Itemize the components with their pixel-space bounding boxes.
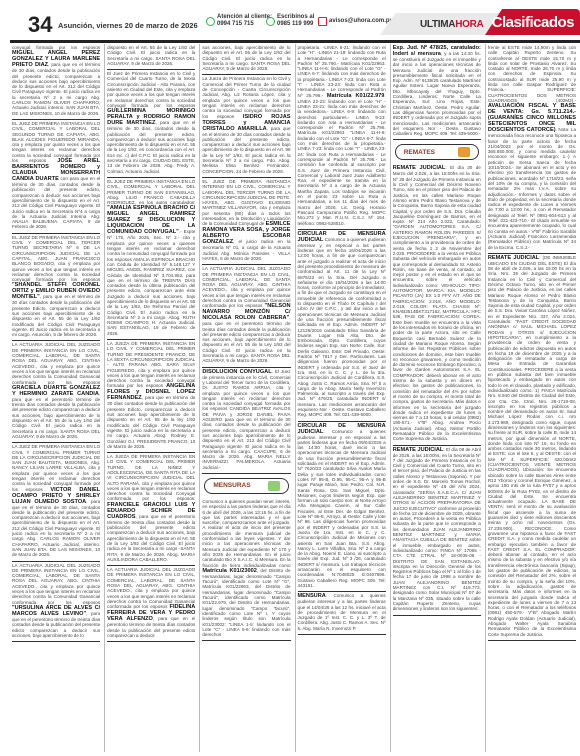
mail-icon <box>318 17 327 26</box>
classified-ad: LA JUEZA DE PRIMERA INSTANCIA EN LO CIVI… <box>107 340 195 453</box>
ad-text: propietaria. -LINEA 6-21: lindando con e… <box>298 45 386 98</box>
map-icon <box>268 481 280 491</box>
ad-text: EL JUEZ DE PRIMERA INSTANCIA EN LO CIVIL… <box>107 179 195 205</box>
classified-ad: EL JUEZ DE PRIMERA INSTANCIA INTERINO EN… <box>202 178 290 265</box>
whatsapp-icon <box>266 17 275 26</box>
ad-text: El Juez de Primera Instancia en lo Civil… <box>107 71 195 108</box>
classified-ad: sus acciones, bajo apercibimiento de lo … <box>202 44 290 75</box>
column-6: frente al ESTE mide 14,90m y linda con c… <box>485 44 576 752</box>
column-5: Exp. Jud. Nº 478/25, caratulado: Indert … <box>390 44 481 752</box>
classified-ad: La Jueza de Primera Instancia en lo Civi… <box>202 75 290 177</box>
customer-service-contact[interactable]: Atención al cliente:0994 715 715 <box>206 14 272 28</box>
column-3: sus acciones, bajo apercibimiento de lo … <box>199 44 290 752</box>
classified-ad: propietaria. -LINEA 6-21: lindando con e… <box>298 44 386 230</box>
ad-text: con para que en el término de 30 días, c… <box>12 176 100 229</box>
ad-text: , para que en el término de 30 días cont… <box>12 294 100 337</box>
ad-text: conyugal formada por los esposos <box>12 45 100 50</box>
ad-text: , para que en término de 30 días contado… <box>107 395 195 448</box>
ad-text: : El día 30 de Marzo del 2.026, a las 15… <box>393 165 481 441</box>
page-header: 34 Asunción, viernes 20 de marzo de 2026… <box>0 0 580 40</box>
classified-ad: Exp. Jud. Nº 478/25, caratulado: Indert … <box>393 44 481 140</box>
classified-ad: Comunico a quienes puedan tener interés,… <box>202 498 290 641</box>
ad-text: , para que en el término de 30 días cont… <box>202 126 290 174</box>
whatsapp-phone-icon <box>206 17 215 26</box>
ad-text: LA JUEZA DE PRIMERA INSTANCIA EN LO CIVI… <box>107 341 195 388</box>
ad-text: LA JUEZA DE PRIMERA INSTANCIA EN LO CIVI… <box>107 454 195 501</box>
ad-text: , del Distrito de Hernandarias, lugar de… <box>202 568 290 637</box>
header-rule <box>10 40 580 43</box>
ad-text: frente al ESTE mide 14,90m y linda con c… <box>488 45 576 103</box>
classified-ad: EL JUEZ DE PRIMERA INSTANCIA EN LO CIVIL… <box>107 178 195 340</box>
classified-ad: El Juez de Primera Instancia en lo Civil… <box>107 70 195 178</box>
classified-ad: MENSURA: Comunico a quienes pudieran int… <box>298 592 386 635</box>
classified-ad: REMATE JUDICIAL: El día 30 de Marzo del … <box>393 164 481 445</box>
classified-ad: CIRCULAR DE MENSURA JUDICIAL Comunico a … <box>298 230 386 422</box>
ad-text: EL JUEZ DE PRIMERA INSTANCIA INTERINO EN… <box>202 179 290 226</box>
ad-text: , para que en el término de 30 días, con… <box>12 499 100 558</box>
ad-text: LA ACTUARIA JUDICIAL DEL JUZGADO DE PRIM… <box>12 342 100 384</box>
classifieds-columns: conyugal formada por los esposos MIGUEL … <box>10 44 576 752</box>
ad-text: : Comunico a quienes pudieran interesar … <box>298 429 386 588</box>
classified-ad: LA JUEZ DE PRIMERA INSTANCIA EN LO CIVIL… <box>12 443 100 561</box>
classified-ad: dispuesto en el Art. 55 de la Ley 1/92 d… <box>107 44 195 70</box>
whatsapp-contact[interactable]: Escribinos al0985 119 999 <box>266 14 314 28</box>
classified-ad: LA ACTUARIA JUDICIAL DEL JUZGADO DE PRIM… <box>12 562 100 643</box>
classified-ad: conyugal formada por los esposos MIGUEL … <box>12 44 100 120</box>
ad-text: , para que en el perentorio término de t… <box>202 315 290 363</box>
classified-ad: LA ACTUARIA JUDICIAL DEL JUZGADO DE PRIM… <box>12 341 100 443</box>
classified-ad: REMATE JUDICIAL: El día 08 de Abril de 2… <box>393 446 481 616</box>
classified-ad: LA JUEZA DE PRIMERA INSTANCIA EN LO CIVI… <box>107 453 195 566</box>
ad-text: Comunico a quienes puedan tener interés,… <box>202 499 290 568</box>
ad-text: , para que en el término de 30 días, con… <box>12 62 100 115</box>
ad-text: dispuesto en el Art. 55 de la Ley 1/92 d… <box>107 45 195 66</box>
section-banner-remates: REMATES <box>395 144 479 160</box>
ad-text: . Nota: La mencionada finca reconoce una… <box>488 127 576 249</box>
brand-logo: ULTIMAHORA <box>420 19 483 30</box>
ad-text: . El Juez de primera instancia en lo Civ… <box>202 369 290 470</box>
classified-ad: REMATE JUDICIAL: (DE INMUEBLE UBICADO EN… <box>488 254 576 641</box>
ad-text: , para que en el perentorio término de t… <box>12 391 100 439</box>
ad-text: : Comunico a quienes pudieran interesar … <box>298 593 386 630</box>
ad-text: Comunico a quienes pudieran interesar y … <box>298 237 386 418</box>
ad-text: LA ACTUARIA JUDICIAL DEL JUZGADO DE PRIM… <box>202 266 290 308</box>
ad-highlight: GRACIELA DUARTE GONZALEZ Y HERMINIO ZARA… <box>12 385 100 397</box>
gavel-icon <box>458 147 470 157</box>
ad-text: , para que en el término de 30 días, con… <box>107 120 195 173</box>
ad-text: LA JUEZ DE PRIMERA INSTANCIA EN LO CIVIL… <box>12 444 100 491</box>
classified-ad: DISOLUCION CONYUGAL. El Juez de primera … <box>202 368 290 474</box>
dateline: Asunción, viernes 20 de marzo de 2026 <box>58 21 198 30</box>
column-4: propietaria. -LINEA 6-21: lindando con e… <box>295 44 386 752</box>
section-title: Clasificados <box>492 14 574 31</box>
section-banner-mensuras: MENSURAS <box>204 478 288 494</box>
ad-text: : El día 08 de Abril de 2026, a las 15:0… <box>393 447 481 612</box>
ad-text: .- Expte Nº 175, Año 2025, Sec. Nº 2.- c… <box>107 229 195 335</box>
ad-text: sus acciones, bajo apercibimiento de lo … <box>202 45 290 71</box>
classified-ad: LA ACTUARIA JUDICIAL DEL JUZGADO DE PRIM… <box>107 566 195 642</box>
ad-text: La Jueza de Primera Instancia en lo Civi… <box>202 76 290 118</box>
classified-ad: CIRCULAR DE MENSURA JUDICIAL: Comunico a… <box>298 422 386 593</box>
ad-text: , para que en el perentorio término de t… <box>107 514 195 562</box>
ad-text: , y a las 14:30 hs. se constituirá el Ju… <box>393 51 481 136</box>
classified-ad: EL JUEZ DE PRIMERA INSTANCIA EN LO CIVIL… <box>12 120 100 234</box>
ad-text: : (DE INMUEBLE UBICADO EN CIUDAD DEL EST… <box>488 255 576 637</box>
column-1: conyugal formada por los esposos MIGUEL … <box>10 44 100 752</box>
ad-text: EL JUEZ DE PRIMERA INSTANCIA EN LO CIVIL… <box>12 235 100 282</box>
ad-text: LA ACTUARIA JUDICIAL DEL JUZGADO DE PRIM… <box>107 567 195 609</box>
classified-ad: frente al ESTE mide 14,90m y linda con c… <box>488 44 576 254</box>
ad-text: LA ACTUARIA JUDICIAL DEL JUZGADO DE PRIM… <box>12 563 100 605</box>
page-number: 34 <box>28 12 52 38</box>
ad-text: EL JUEZ DE PRIMERA INSTANCIA EN LO CIVIL… <box>12 121 100 163</box>
classified-ad: EL JUEZ DE PRIMERA INSTANCIA EN LO CIVIL… <box>12 234 100 342</box>
brand-bar: ULTIMAHORA Clasificados <box>380 9 580 35</box>
classified-ad: LA ACTUARIA JUDICIAL DEL JUZGADO DE PRIM… <box>202 265 290 367</box>
ad-text: . LINEA 22-23: lindando con el Lote "H" … <box>298 93 386 226</box>
column-2: dispuesto en el Art. 55 de la Ley 1/92 d… <box>104 44 195 752</box>
